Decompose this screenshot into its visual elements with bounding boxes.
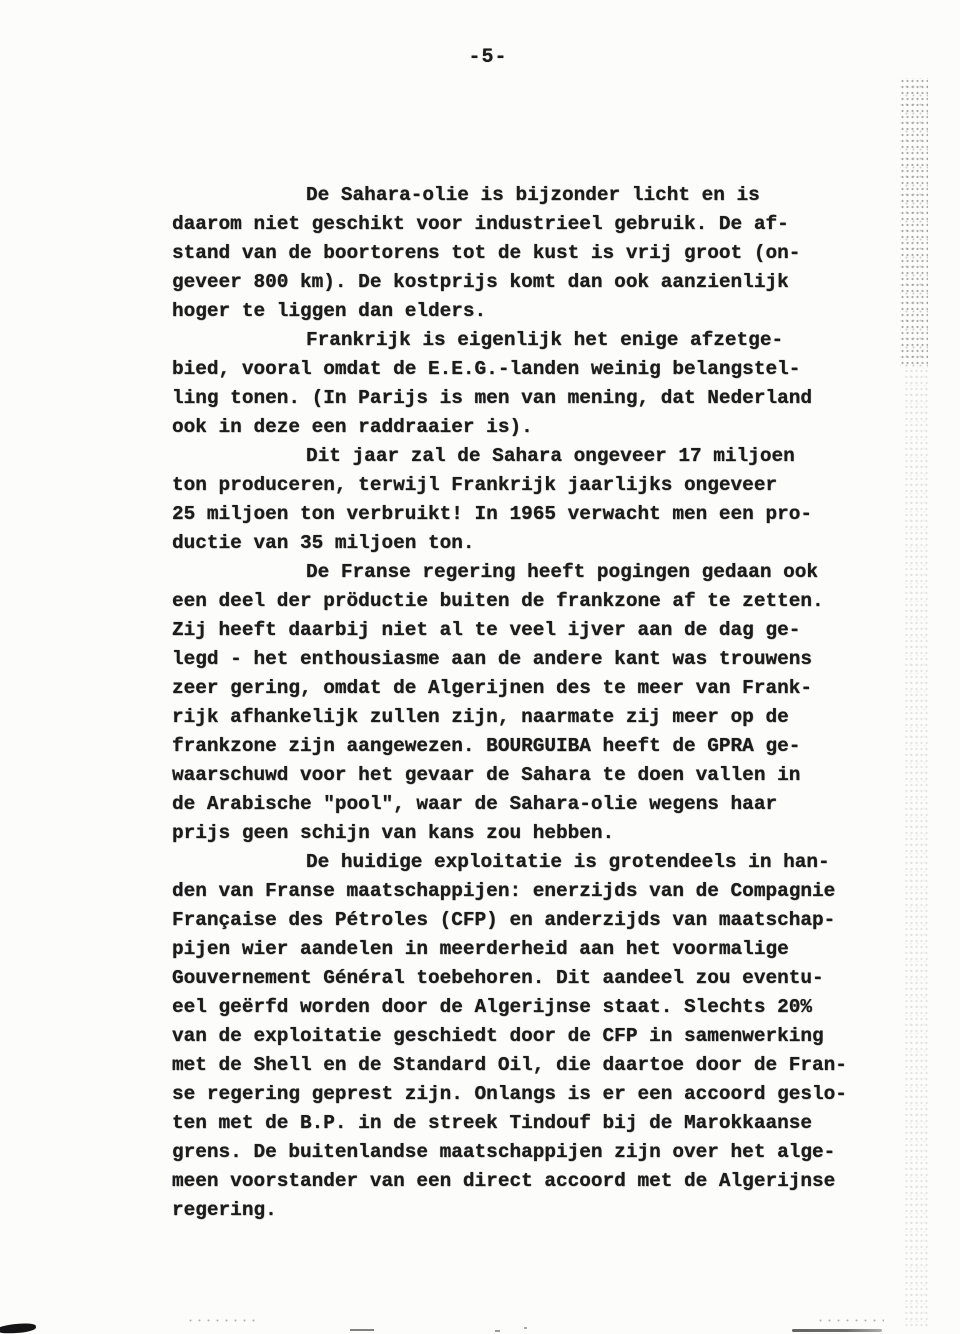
text-line: bied, vooral omdat de E.E.G.-landen wein… <box>172 355 862 384</box>
text-line: meen voorstander van een direct accoord … <box>172 1167 862 1196</box>
text-line: pijen wier aandelen in meerderheid aan h… <box>172 935 862 964</box>
text-line: Dit jaar zal de Sahara ongeveer 17 miljo… <box>172 442 862 471</box>
text-line: daarom niet geschikt voor industrieel ge… <box>172 210 862 239</box>
text-line: Zij heeft daarbij niet al te veel ijver … <box>172 616 862 645</box>
paragraph: De Franse regering heeft pogingen gedaan… <box>172 558 862 848</box>
text-line: rijk afhankelijk zullen zijn, naarmate z… <box>172 703 862 732</box>
text-line: grens. De buitenlandse maatschappijen zi… <box>172 1138 862 1167</box>
scan-noise-band <box>904 368 928 1328</box>
text-line: een deel der pröductie buiten de frankzo… <box>172 587 862 616</box>
document-body: De Sahara-olie is bijzonder licht en is … <box>172 181 862 1225</box>
paragraph: Dit jaar zal de Sahara ongeveer 17 miljo… <box>172 442 862 558</box>
text-line: met de Shell en de Standard Oil, die daa… <box>172 1051 862 1080</box>
text-line: se regering geprest zijn. Onlangs is er … <box>172 1080 862 1109</box>
text-line: stand van de boortorens tot de kust is v… <box>172 239 862 268</box>
text-line: ductie van 35 miljoen ton. <box>172 529 862 558</box>
text-line: hoger te liggen dan elders. <box>172 297 862 326</box>
text-line: Frankrijk is eigenlijk het enige afzetge… <box>172 326 862 355</box>
scan-mark <box>524 1327 527 1329</box>
scan-noise-band <box>900 78 928 368</box>
text-line: regering. <box>172 1196 862 1225</box>
text-line: De Sahara-olie is bijzonder licht en is <box>172 181 862 210</box>
text-line: geveer 800 km). De kostprijs komt dan oo… <box>172 268 862 297</box>
paragraph: Frankrijk is eigenlijk het enige afzetge… <box>172 326 862 442</box>
text-line: legd - het enthousiasme aan de andere ka… <box>172 645 862 674</box>
text-line: ten met de B.P. in de streek Tindouf bij… <box>172 1109 862 1138</box>
scan-mark <box>350 1329 374 1331</box>
text-line: ook in deze een raddraaier is). <box>172 413 862 442</box>
text-line: 25 miljoen ton verbruikt! In 1965 verwac… <box>172 500 862 529</box>
text-line: De Franse regering heeft pogingen gedaan… <box>172 558 862 587</box>
text-line: Française des Pétroles (CFP) en anderzij… <box>172 906 862 935</box>
text-line: eel geërfd worden door de Algerijnse sta… <box>172 993 862 1022</box>
text-line: ling tonen. (In Parijs is men van mening… <box>172 384 862 413</box>
text-line: frankzone zijn aangewezen. BOURGUIBA hee… <box>172 732 862 761</box>
text-line: prijs geen schijn van kans zou hebben. <box>172 819 862 848</box>
text-line: De huidige exploitatie is grotendeels in… <box>172 848 862 877</box>
scan-edge-line <box>792 1329 882 1332</box>
paragraph: De Sahara-olie is bijzonder licht en is … <box>172 181 862 326</box>
text-line: van de exploitatie geschiedt door de CFP… <box>172 1022 862 1051</box>
text-line: zeer gering, omdat de Algerijnen des te … <box>172 674 862 703</box>
text-line: de Arabische "pool", waar de Sahara-olie… <box>172 790 862 819</box>
page-number: -5- <box>0 46 960 69</box>
scan-smudge <box>0 1323 36 1334</box>
scan-dots <box>816 1318 884 1323</box>
text-line: den van Franse maatschappijen: enerzijds… <box>172 877 862 906</box>
paragraph: De huidige exploitatie is grotendeels in… <box>172 848 862 1225</box>
text-line: waarschuwd voor het gevaar de Sahara te … <box>172 761 862 790</box>
scan-dots <box>186 1318 256 1323</box>
text-line: Gouvernement Général toebehoren. Dit aan… <box>172 964 862 993</box>
document-page: -5- De Sahara-olie is bijzonder licht en… <box>0 0 960 1334</box>
scan-mark <box>495 1330 500 1332</box>
text-line: ton produceren, terwijl Frankrijk jaarli… <box>172 471 862 500</box>
